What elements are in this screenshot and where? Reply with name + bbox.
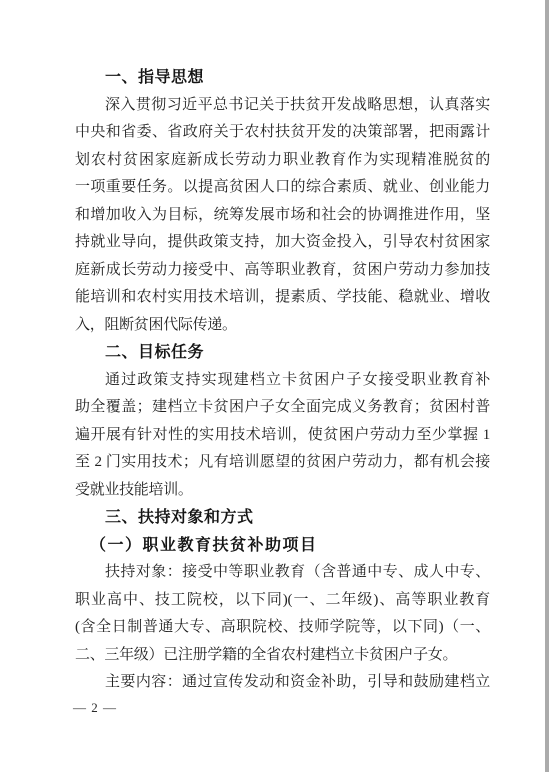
- section-heading-3: 三、扶持对象和方式: [75, 504, 490, 532]
- paragraph-line: 中央和省委、省政府关于农村扶贫开发的决策部署，把雨露计: [75, 119, 490, 147]
- paragraph-line: 通过政策支持实现建档立卡贫困户子女接受职业教育补: [75, 367, 490, 395]
- paragraph-line: (含全日制普通大专、高职院校、技师学院等，以下同)（一、: [75, 614, 490, 642]
- paragraph-line: 助全覆盖；建档立卡贫困户子女全面完成义务教育；贫困村普: [75, 394, 490, 422]
- paragraph-guiding-ideology: 深入贯彻习近平总书记关于扶贫开发战略思想，认真落实 中央和省委、省政府关于农村扶…: [75, 92, 490, 340]
- paragraph-line: 一项重要任务。以提高贫困人口的综合素质、就业、创业能力: [75, 174, 490, 202]
- paragraph-line: 职业高中、技工院校，以下同)(一、二年级)、高等职业教育: [75, 587, 490, 615]
- paragraph-line: 深入贯彻习近平总书记关于扶贫开发战略思想，认真落实: [75, 92, 490, 120]
- paragraph-line: 持就业导向，提供政策支持，加大资金投入，引导农村贫困家: [75, 229, 490, 257]
- paragraph-line: 遍开展有针对性的实用技术培训，使贫困户劳动力至少掌握 1: [75, 422, 490, 450]
- paragraph-main-content: 主要内容：通过宣传发动和资金补助，引导和鼓励建档立: [75, 669, 490, 697]
- scanned-document-page: 一、指导思想 深入贯彻习近平总书记关于扶贫开发战略思想，认真落实 中央和省委、省…: [0, 0, 549, 772]
- paragraph-line: 扶持对象：接受中等职业教育（含普通中专、成人中专、: [75, 559, 490, 587]
- paragraph-support-targets: 扶持对象：接受中等职业教育（含普通中专、成人中专、 职业高中、技工院校，以下同)…: [75, 559, 490, 669]
- paragraph-line: 受就业技能培训。: [75, 477, 490, 505]
- paragraph-line: 庭新成长劳动力接受中、高等职业教育，贫困户劳动力参加技: [75, 257, 490, 285]
- section-heading-1: 一、指导思想: [75, 64, 490, 92]
- scan-edge-shadow: [545, 0, 549, 772]
- paragraph-line: 二、三年级）已注册学籍的全省农村建档立卡贫困户子女。: [75, 642, 490, 670]
- section-heading-2: 二、目标任务: [75, 339, 490, 367]
- paragraph-target-tasks: 通过政策支持实现建档立卡贫困户子女接受职业教育补 助全覆盖；建档立卡贫困户子女全…: [75, 367, 490, 505]
- paragraph-line: 能培训和农村实用技术培训，提素质、学技能、稳就业、增收: [75, 284, 490, 312]
- page-number: — 2 —: [73, 700, 117, 716]
- paragraph-line: 和增加收入为目标，统筹发展市场和社会的协调推进作用，坚: [75, 202, 490, 230]
- paragraph-line: 划农村贫困家庭新成长劳动力职业教育作为实现精准脱贫的: [75, 147, 490, 175]
- paragraph-line: 至 2 门实用技术；凡有培训愿望的贫困户劳动力，都有机会接: [75, 449, 490, 477]
- document-body: 一、指导思想 深入贯彻习近平总书记关于扶贫开发战略思想，认真落实 中央和省委、省…: [75, 64, 490, 697]
- paragraph-line: 主要内容：通过宣传发动和资金补助，引导和鼓励建档立: [75, 669, 490, 697]
- subsection-heading-1: （一）职业教育扶贫补助项目: [75, 532, 490, 560]
- paragraph-line: 入，阻断贫困代际传递。: [75, 312, 490, 340]
